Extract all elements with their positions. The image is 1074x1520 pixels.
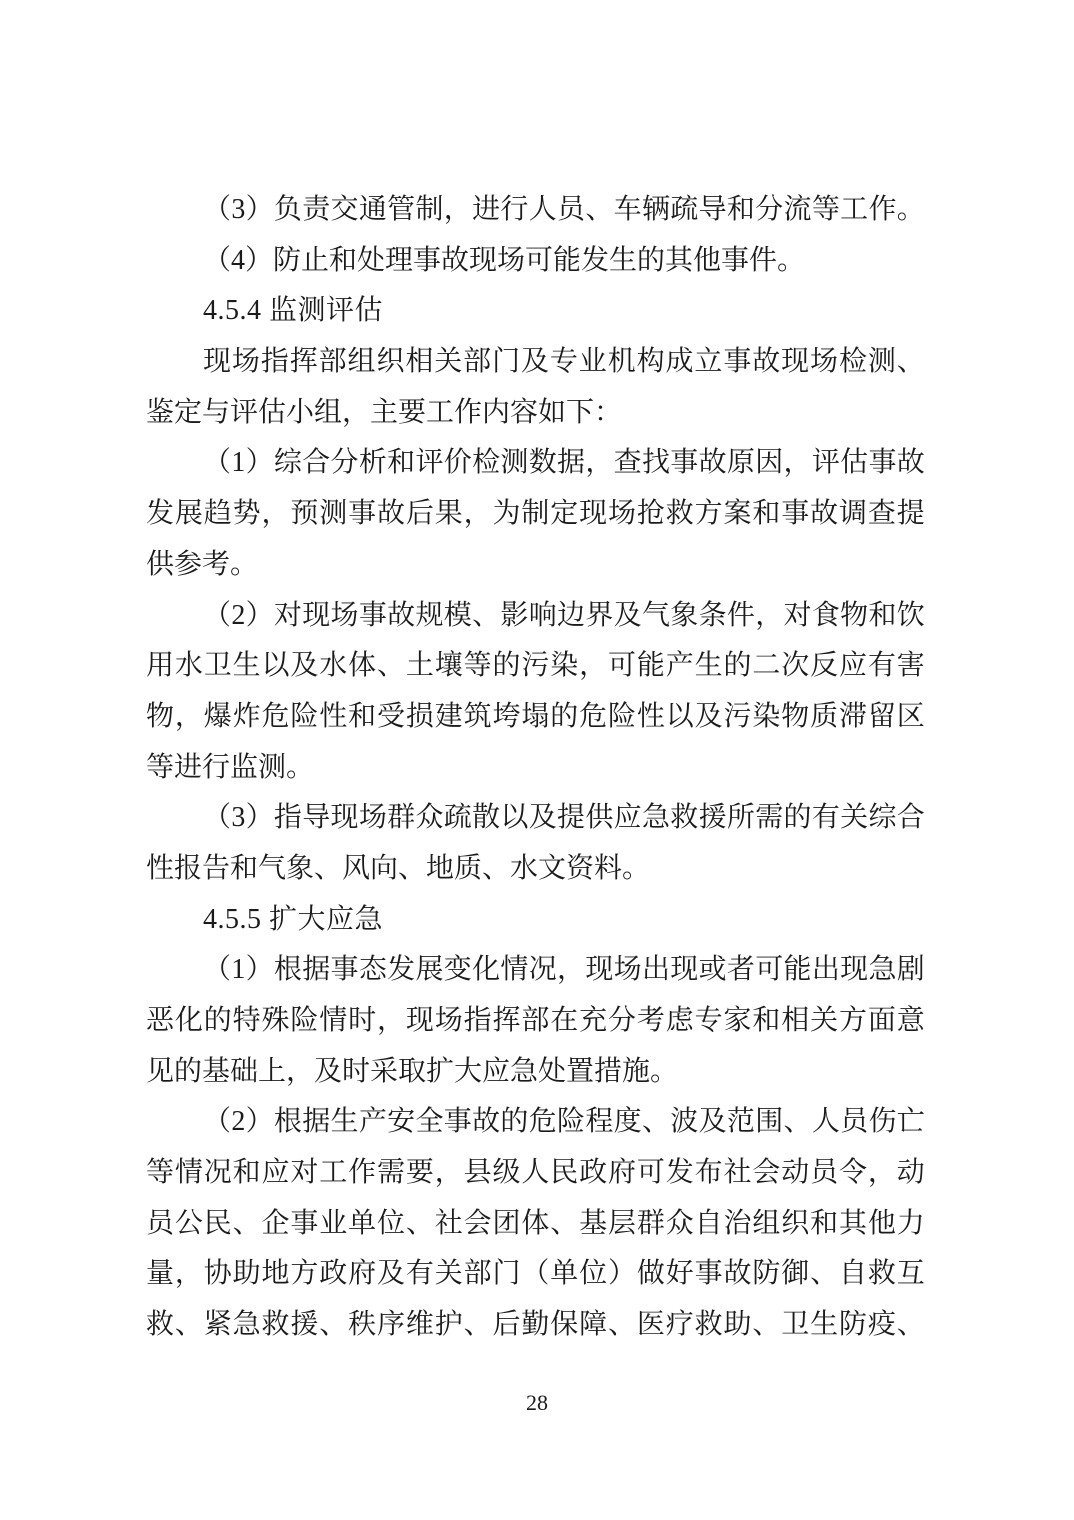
- text-line: （2）根据生产安全事故的危险程度、波及范围、人员伤亡: [146, 1097, 925, 1148]
- text-line: 用水卫生以及水体、土壤等的污染，可能产生的二次反应有害: [146, 641, 925, 692]
- section-heading: 4.5.4 监测评估: [146, 286, 925, 337]
- text-line: 员公民、企事业单位、社会团体、基层群众自治组织和其他力: [146, 1199, 925, 1250]
- text-line: 发展趋势，预测事故后果，为制定现场抢救方案和事故调查提: [146, 489, 925, 540]
- text-line: （1）综合分析和评价检测数据，查找事故原因，评估事故: [146, 438, 925, 489]
- text-line: 量，协助地方政府及有关部门（单位）做好事故防御、自救互: [146, 1249, 925, 1300]
- page-number: 28: [0, 1390, 1074, 1416]
- section-heading: 4.5.5 扩大应急: [146, 895, 925, 946]
- text-line: （3）指导现场群众疏散以及提供应急救援所需的有关综合: [146, 793, 925, 844]
- text-line: （1）根据事态发展变化情况，现场出现或者可能出现急剧: [146, 945, 925, 996]
- page-body-text: （3）负责交通管制，进行人员、车辆疏导和分流等工作。（4）防止和处理事故现场可能…: [146, 185, 925, 1351]
- text-line: 现场指挥部组织相关部门及专业机构成立事故现场检测、: [146, 337, 925, 388]
- text-line: 见的基础上，及时采取扩大应急处置措施。: [146, 1047, 925, 1098]
- document-page: （3）负责交通管制，进行人员、车辆疏导和分流等工作。（4）防止和处理事故现场可能…: [0, 0, 1074, 1520]
- text-line: 恶化的特殊险情时，现场指挥部在充分考虑专家和相关方面意: [146, 996, 925, 1047]
- text-line: 鉴定与评估小组，主要工作内容如下：: [146, 388, 925, 439]
- text-line: （3）负责交通管制，进行人员、车辆疏导和分流等工作。: [146, 185, 925, 236]
- text-line: 性报告和气象、风向、地质、水文资料。: [146, 844, 925, 895]
- text-line: 供参考。: [146, 540, 925, 591]
- text-line: （4）防止和处理事故现场可能发生的其他事件。: [146, 236, 925, 287]
- text-line: （2）对现场事故规模、影响边界及气象条件，对食物和饮: [146, 591, 925, 642]
- text-line: 等进行监测。: [146, 743, 925, 794]
- text-line: 物，爆炸危险性和受损建筑垮塌的危险性以及污染物质滞留区: [146, 692, 925, 743]
- text-line: 等情况和应对工作需要，县级人民政府可发布社会动员令，动: [146, 1148, 925, 1199]
- text-line: 救、紧急救援、秩序维护、后勤保障、医疗救助、卫生防疫、: [146, 1300, 925, 1351]
